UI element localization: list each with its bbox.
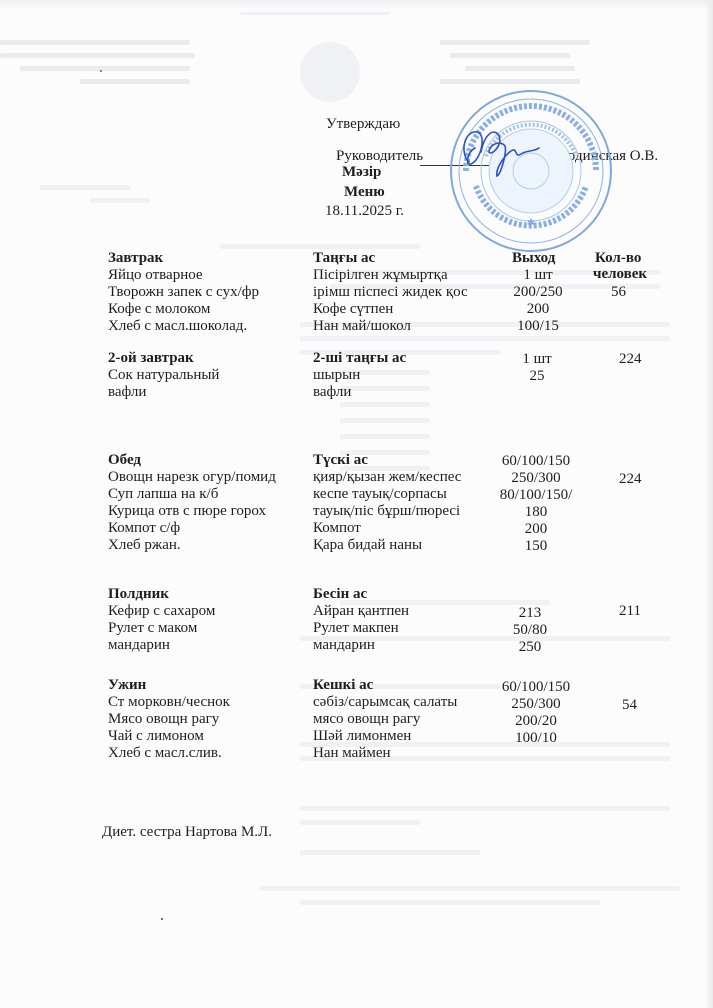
meal-name-ru: Полдник	[108, 586, 215, 603]
dish-ru: Сок натуральный	[108, 367, 219, 384]
dish-kz: Рулет макпен	[313, 620, 409, 637]
dish-output: 250	[480, 639, 580, 656]
dish-output: 100/15	[488, 318, 588, 335]
column-header-people: человек	[593, 266, 647, 283]
dish-kz: Нан май/шокол	[313, 318, 468, 335]
meal-name-ru: Обед	[108, 452, 276, 469]
dish-output: 60/100/150	[486, 453, 586, 470]
meal-name-kz: Таңғы ас	[313, 250, 468, 267]
dish-kz: вафли	[313, 384, 406, 401]
dish-output: 200	[486, 521, 586, 538]
dish-output: 50/80	[480, 622, 580, 639]
dish-output: 100/10	[486, 730, 586, 747]
dish-kz: Пісірілген жұмыртқа	[313, 267, 468, 284]
dish-ru: Кефир с сахаром	[108, 603, 215, 620]
meal-name-kz: Түскі ас	[313, 452, 461, 469]
column-header-output: Выход	[512, 250, 555, 267]
dish-output: 1 шт	[487, 351, 587, 368]
dish-ru: Компот с/ф	[108, 520, 276, 537]
dish-kz: қияр/қызан жем/кеспес	[313, 469, 461, 486]
dish-output: 200	[488, 301, 588, 318]
meal-name-ru: 2-ой завтрак	[108, 350, 219, 367]
people-count: 54	[622, 697, 637, 714]
dish-output: 180	[486, 504, 586, 521]
dish-kz: Компот	[313, 520, 461, 537]
dish-ru: Творожн запек с сух/фр	[108, 284, 259, 301]
dish-ru: Хлеб ржан.	[108, 537, 276, 554]
menu-date: 18.11.2025 г.	[325, 203, 404, 220]
dish-kz: Шәй лимонмен	[313, 728, 457, 745]
scan-edge	[0, 0, 713, 10]
dish-kz: сәбіз/сарымсақ салаты	[313, 694, 457, 711]
dish-output: 200/20	[486, 713, 586, 730]
dish-kz: мандарин	[313, 637, 409, 654]
meal-name-kz: 2-ші таңғы ас	[313, 350, 406, 367]
dish-output: 250/300	[486, 470, 586, 487]
dish-kz: шырын	[313, 367, 406, 384]
title-ru: Меню	[344, 184, 385, 201]
head-title: Руководитель	[336, 148, 423, 165]
dish-ru: Суп лапша на к/б	[108, 486, 276, 503]
meal-name-kz: Кешкі ас	[313, 677, 457, 694]
dish-kz: Кофе сүтпен	[313, 301, 468, 318]
dish-kz: кеспе тауық/сорпасы	[313, 486, 461, 503]
dish-ru: Яйцо отварное	[108, 267, 259, 284]
signature-icon	[455, 122, 545, 182]
dish-output: 150	[486, 538, 586, 555]
column-header-people: Кол-во	[595, 250, 641, 267]
dish-ru: Курица отв с пюре горох	[108, 503, 276, 520]
dish-ru: Ст морковн/чеснок	[108, 694, 230, 711]
scan-speck	[161, 918, 163, 920]
meal-name-kz: Бесін ас	[313, 586, 409, 603]
people-count: 56	[611, 284, 626, 301]
dish-ru: мандарин	[108, 637, 215, 654]
document-page: Утверждаю Руководитель Бурдинская О.В. ✱…	[0, 0, 713, 1008]
dish-output: 250/300	[486, 696, 586, 713]
dish-ru: Кофе с молоком	[108, 301, 259, 318]
dish-output: 25	[487, 368, 587, 385]
svg-text:✱: ✱	[527, 218, 535, 229]
meal-name-ru: Завтрак	[108, 250, 259, 267]
dish-output: 1 шт	[488, 267, 588, 284]
meal-name-ru: Ужин	[108, 677, 230, 694]
scan-speck	[100, 70, 102, 72]
dish-ru: Чай с лимоном	[108, 728, 230, 745]
dish-kz: тауық/піс бұрш/пюресі	[313, 503, 461, 520]
people-count: 224	[619, 351, 642, 368]
title-kz: Мәзір	[342, 164, 381, 181]
dish-kz: Нан маймен	[313, 745, 457, 762]
people-count: 211	[619, 603, 641, 620]
dish-ru: Рулет с маком	[108, 620, 215, 637]
dish-ru: Хлеб с масл.шоколад.	[108, 318, 259, 335]
dish-output: 213	[480, 605, 580, 622]
dish-ru: вафли	[108, 384, 219, 401]
people-count: 224	[619, 471, 642, 488]
scan-edge	[705, 0, 713, 1008]
dish-kz: мясо овощн рагу	[313, 711, 457, 728]
dish-ru: Овощн нарезк огур/помид	[108, 469, 276, 486]
dietitian-signature: Диет. сестра Нартова М.Л.	[102, 824, 272, 841]
dish-kz: ірімш піспесі жидек қос	[313, 284, 468, 301]
dish-kz: Айран қантпен	[313, 603, 409, 620]
dish-kz: Қара бидай наны	[313, 537, 461, 554]
dish-output: 60/100/150	[486, 679, 586, 696]
dish-ru: Хлеб с масл.слив.	[108, 745, 230, 762]
dish-output: 200/250	[488, 284, 588, 301]
dish-output: 80/100/150/	[486, 487, 586, 504]
approve-label: Утверждаю	[326, 116, 400, 133]
dish-ru: Мясо овощн рагу	[108, 711, 230, 728]
